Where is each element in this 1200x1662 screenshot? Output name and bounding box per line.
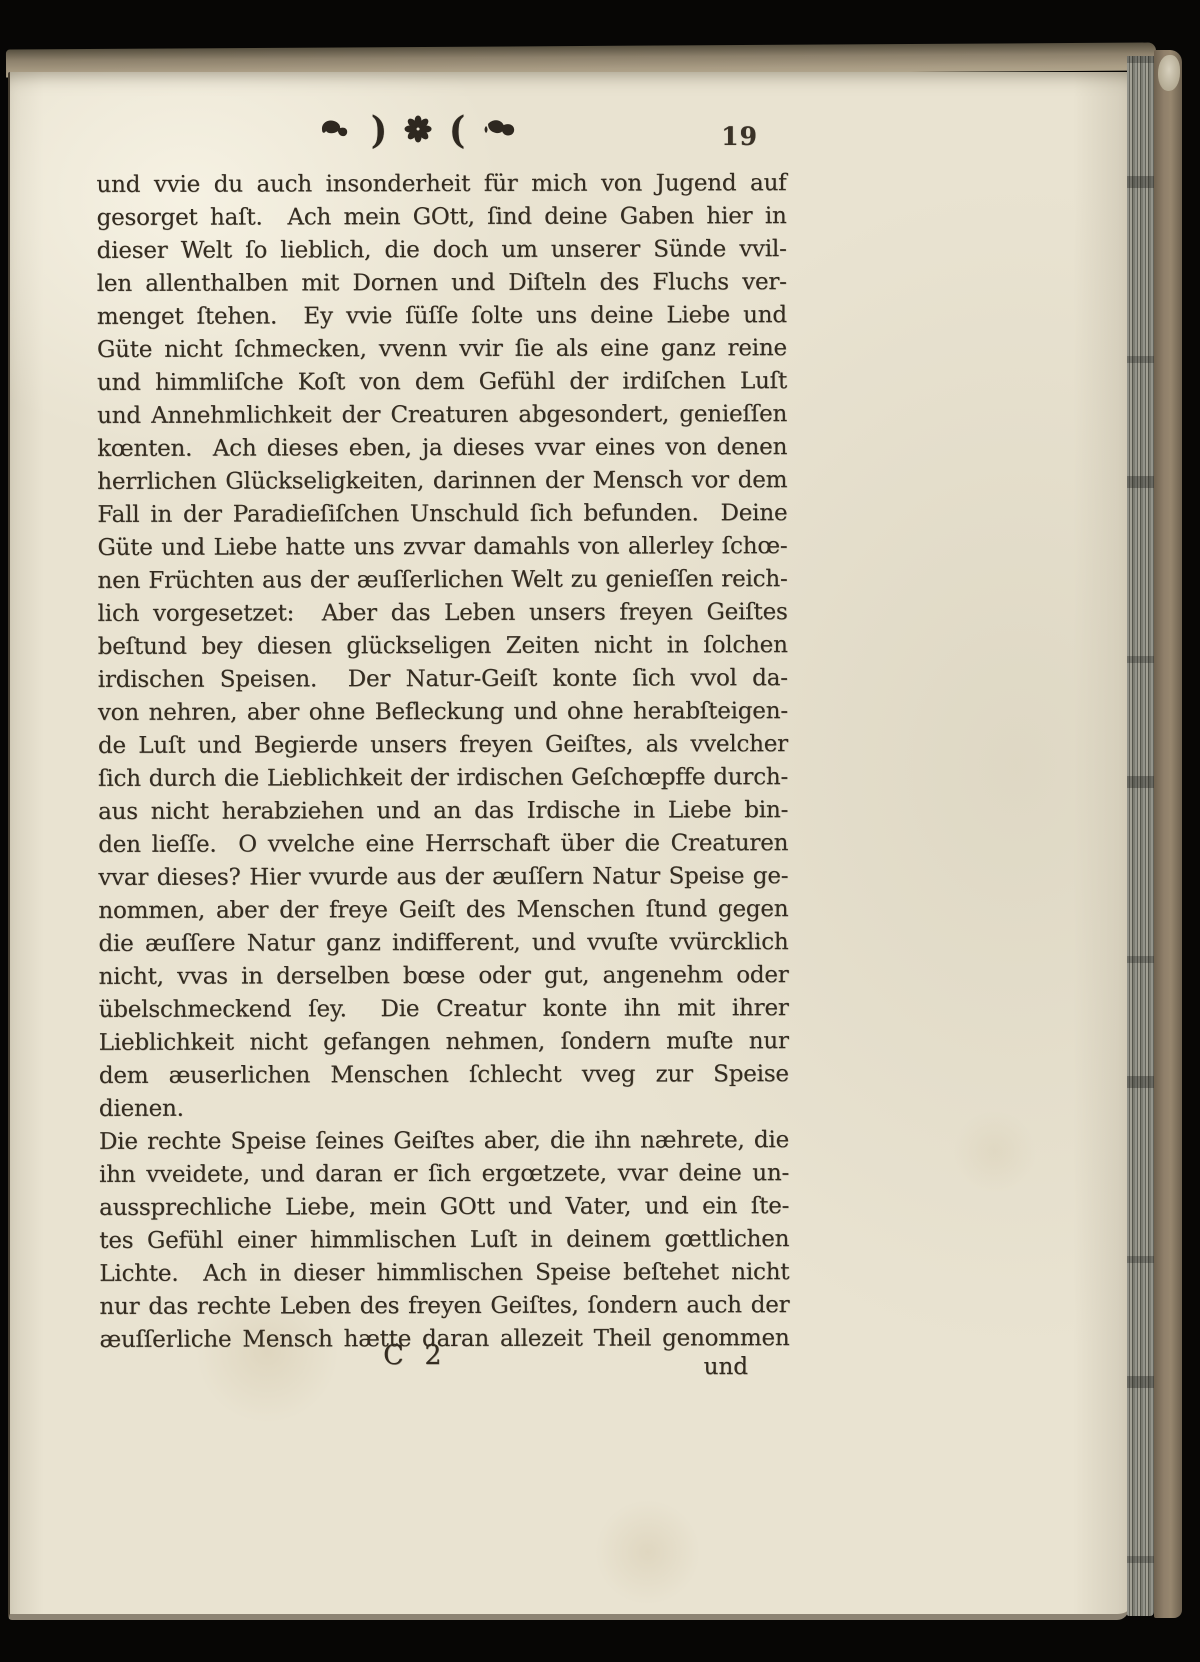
text-line: nur das rechte Leben des freyen Geiſtes,… [99, 1289, 789, 1324]
text-line: Die rechte Speise ſeines Geiſtes aber, d… [99, 1124, 789, 1159]
text-line: und vvie du auch insonderheit für mich v… [96, 167, 786, 202]
text-line: Lieblichkeit nicht gefangen nehmen, ſond… [99, 1025, 789, 1060]
page-header: ) ( 19 [90, 112, 780, 162]
body-text: und vvie du auch insonderheit für mich v… [96, 167, 789, 1357]
cover-corner-chip [1158, 55, 1180, 91]
catchword: und [704, 1354, 748, 1380]
text-line: vvar dieses? Hier vvurde aus der æuſſern… [98, 860, 788, 895]
page-footer: C 2 und [98, 1340, 788, 1400]
text-line: dieser Welt ſo lieblich, die doch um uns… [97, 233, 787, 268]
text-line: übelschmeckend ſey. Die Creatur konte ih… [99, 992, 789, 1027]
text-line: und Annehmlichkeit der Creaturen abgeson… [97, 398, 787, 433]
text-line: und himmliſche Koſt von dem Gefühl der i… [97, 365, 787, 400]
text-line: aus nicht herabziehen und an das Irdisch… [98, 794, 788, 829]
text-line: irdischen Speisen. Der Natur-Geiſt konte… [98, 662, 788, 697]
text-line: ihn vveidete, und daran er ſich ergœtzet… [99, 1157, 789, 1192]
rosette-icon [404, 115, 432, 147]
book-page: ) ( 19 und vvie du auch insonderheit für… [8, 72, 1129, 1620]
text-line: lich vorgesetzet: Aber das Leben unsers … [98, 596, 788, 631]
text-line: Fall in der Paradieſiſchen Unschuld ſich… [97, 497, 787, 532]
text-line: Güte nicht ſchmecken, vvenn vvir ſie als… [97, 332, 787, 367]
page-number: 19 [721, 122, 758, 151]
text-line: dem æuserlichen Menschen ſchlecht vveg z… [99, 1058, 789, 1126]
text-line: nen Früchten aus der æuſſerlichen Welt z… [97, 563, 787, 598]
text-line: tes Gefühl einer himmlischen Luſt in dei… [99, 1223, 789, 1258]
text-line: aussprechliche Liebe, mein GOtt und Vate… [99, 1190, 789, 1225]
text-line: ſich durch die Lieblichkeit der irdische… [98, 761, 788, 796]
fleuron-icon [482, 116, 518, 146]
text-line: von nehren, aber ohne Befleckung und ohn… [98, 695, 788, 730]
signature-mark: C 2 [383, 1340, 447, 1371]
text-line: menget ſtehen. Ey vvie ſüſſe ſolte uns d… [97, 299, 787, 334]
text-line: gesorget haſt. Ach mein GOtt, ſind deine… [97, 200, 787, 235]
text-line: den lieſſe. O vvelche eine Herrschaft üb… [98, 827, 788, 862]
text-line: de Luſt und Begierde unsers freyen Geiſt… [98, 728, 788, 763]
ornament-open-paren: ) [371, 112, 387, 149]
text-line: Güte und Liebe hatte uns zvvar damahls v… [97, 530, 787, 565]
text-line: kœnten. Ach dieses eben, ja dieses vvar … [97, 431, 787, 466]
text-line: beſtund bey diesen glückseligen Zeiten n… [98, 629, 788, 664]
header-ornament: ) ( [320, 114, 518, 148]
page-stack-edge [1127, 56, 1154, 1616]
fleuron-icon [320, 116, 354, 146]
text-line: nommen, aber der freye Geiſt des Mensche… [98, 893, 788, 928]
text-line: die æuſſere Natur ganz indifferent, und … [98, 926, 788, 961]
text-line: len allenthalben mit Dornen und Diſteln … [97, 266, 787, 301]
ornament-close-paren: ( [449, 112, 465, 149]
book-cover-edge [1154, 50, 1182, 1618]
text-line: herrlichen Glückseligkeiten, darinnen de… [97, 464, 787, 499]
text-line: Lichte. Ach in dieser himmlischen Speise… [99, 1256, 789, 1291]
text-line: nicht, vvas in derselben bœse oder gut, … [99, 959, 789, 994]
